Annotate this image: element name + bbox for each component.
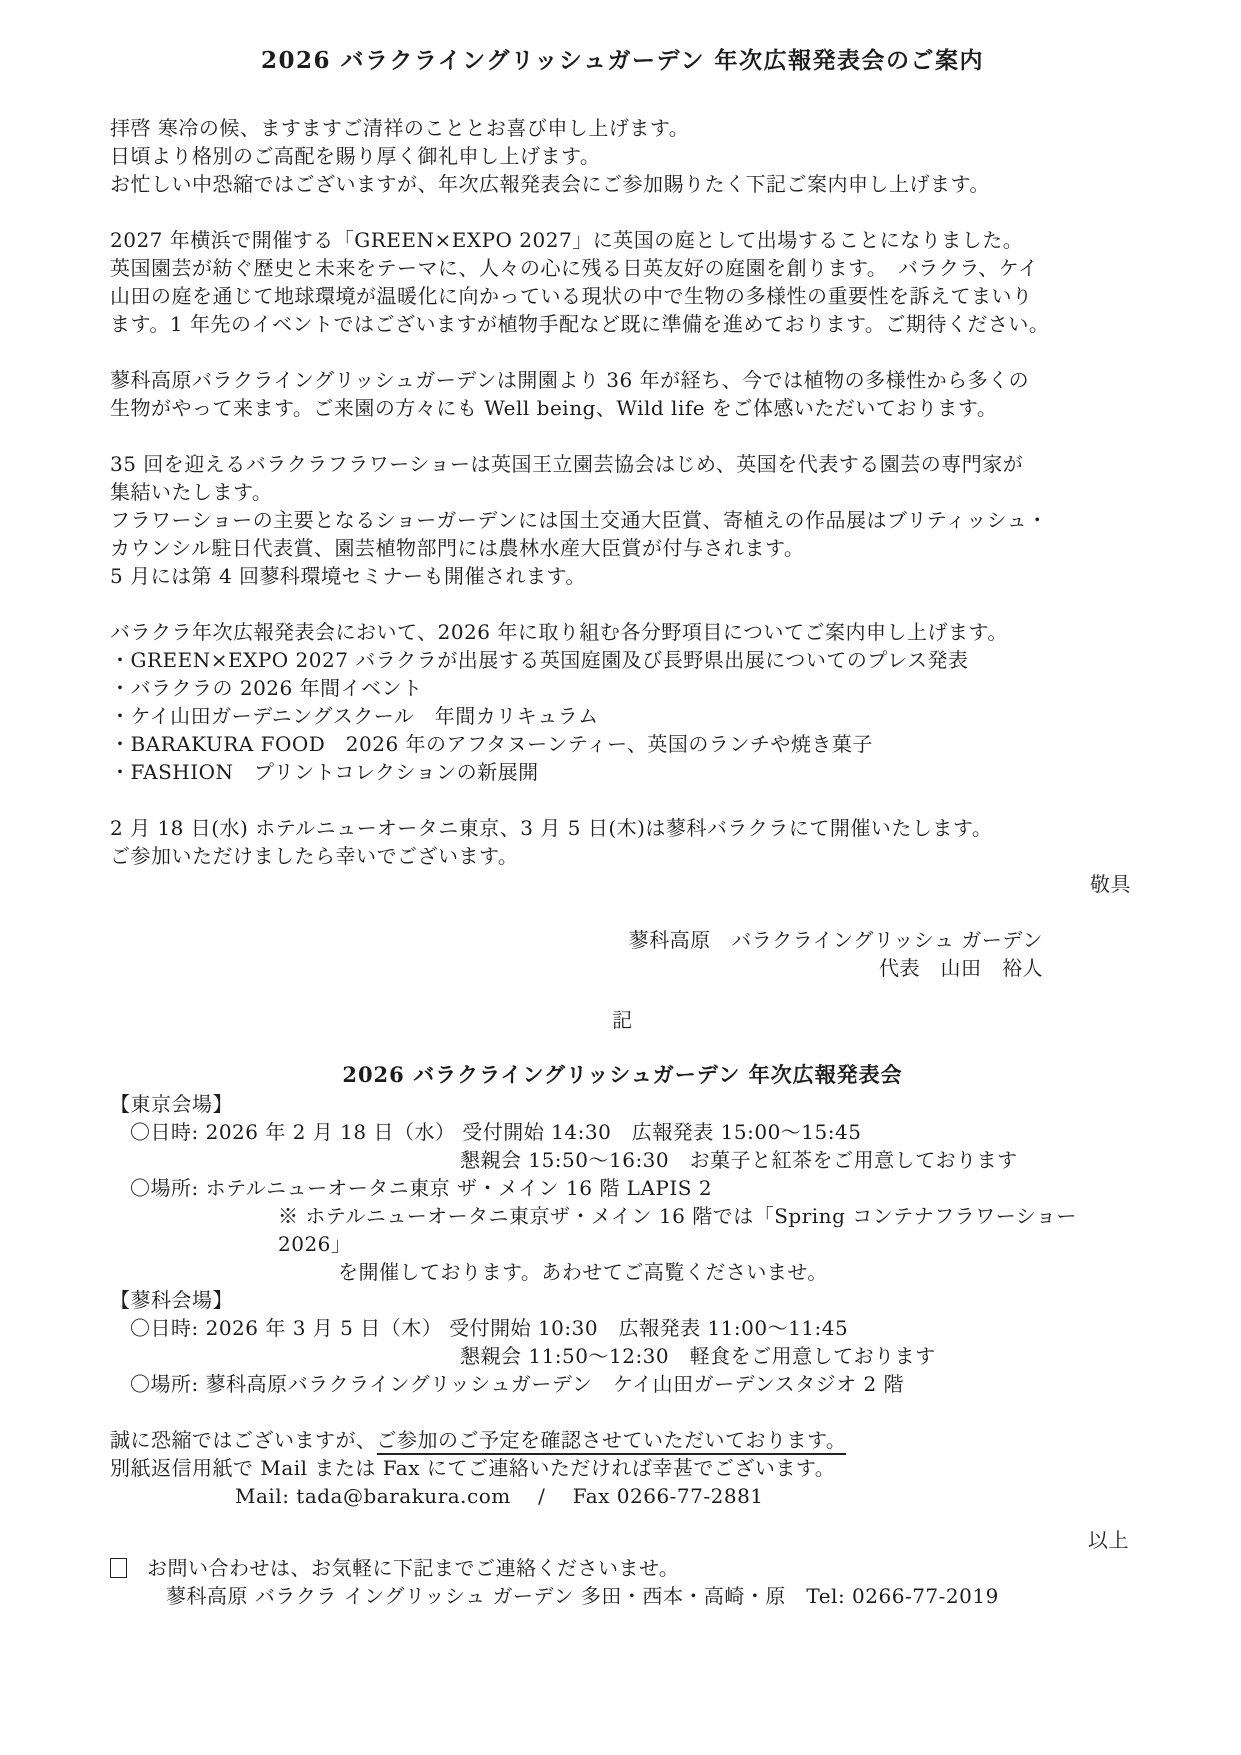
checkbox-icon xyxy=(110,1558,127,1578)
body-line: 35 回を迎えるバラクラフラワーショーは英国王立園芸協会はじめ、英国を代表する園… xyxy=(110,450,1135,478)
closing-keigu: 敬具 xyxy=(110,870,1135,898)
body-line: 集結いたします。 xyxy=(110,478,1135,506)
greeting-line: 日頃より格別のご高配を賜り厚く御礼申し上げます。 xyxy=(110,142,1135,170)
rsvp-underlined-text: ご参加のご予定を確認させていただいております。 xyxy=(377,1428,847,1455)
body-line: バラクラ年次広報発表会において、2026 年に取り組む各分野項目についてご案内申… xyxy=(110,618,1135,646)
tokyo-note-line: ※ ホテルニューオータニ東京ザ・メイン 16 階では「Spring コンテナフラ… xyxy=(110,1202,1135,1258)
inquiry-text: お問い合わせは、お気軽に下記までご連絡くださいませ。 xyxy=(147,1554,679,1582)
body-line: カウンシル駐日代表賞、園芸植物部門には農林水産大臣賞が付与されます。 xyxy=(110,534,1135,562)
rsvp-prefix: 誠に恐縮ではございますが、 xyxy=(110,1428,377,1452)
rsvp-paragraph: 誠に恐縮ではございますが、ご参加のご予定を確認させていただいております。 別紙返… xyxy=(110,1426,1135,1510)
expo-paragraph: 2027 年横浜で開催する「GREEN×EXPO 2027」に英国の庭として出場… xyxy=(110,226,1135,338)
letter-page: 2026 バラクライングリッシュガーデン 年次広報発表会のご案内 拝啓 寒冷の候… xyxy=(0,0,1241,1755)
greeting-line: お忙しい中恐縮ではございますが、年次広報発表会にご参加賜りたく下記ご案内申し上げ… xyxy=(110,170,1135,198)
signature-representative: 代表 山田 裕人 xyxy=(110,954,1043,982)
document-title: 2026 バラクライングリッシュガーデン 年次広報発表会のご案内 xyxy=(110,46,1135,76)
signature-block: 蓼科高原 バラクライングリッシュ ガーデン 代表 山田 裕人 xyxy=(110,926,1135,982)
rsvp-request-line: 誠に恐縮ではございますが、ご参加のご予定を確認させていただいております。 xyxy=(110,1426,1135,1454)
rsvp-method-line: 別紙返信用紙で Mail または Fax にてご連絡いただければ幸甚でございます… xyxy=(110,1454,1135,1482)
ki-marker: 記 xyxy=(110,1006,1135,1034)
dates-paragraph: 2 月 18 日(水) ホテルニューオータニ東京、3 月 5 日(木)は蓼科バラ… xyxy=(110,814,1135,870)
signature-organization: 蓼科高原 バラクライングリッシュ ガーデン xyxy=(110,926,1043,954)
body-line: ご参加いただけましたら幸いでございます。 xyxy=(110,842,1135,870)
tokyo-note-line: を開催しております。あわせてご高覧くださいませ。 xyxy=(110,1258,1135,1286)
bullet-item: ・GREEN×EXPO 2027 バラクラが出展する英国庭園及び長野県出展につい… xyxy=(110,646,1135,674)
bullet-item: ・FASHION プリントコレクションの新展開 xyxy=(110,758,1135,786)
body-line: 蓼科高原バラクライングリッシュガーデンは開園より 36 年が経ち、今では植物の多… xyxy=(110,366,1135,394)
tateshina-party: 懇親会 11:50〜12:30 軽食をご用意しております xyxy=(110,1342,1135,1370)
body-line: 山田の庭を通じて地球環境が温暖化に向かっている現状の中で生物の多様性の重要性を訴… xyxy=(110,282,1135,310)
tateshina-venue-header: 【蓼科会場】 xyxy=(110,1286,1135,1314)
rsvp-contact-line: Mail: tada@barakura.com / Fax 0266-77-28… xyxy=(110,1482,1135,1510)
inquiry-line: お問い合わせは、お気軽に下記までご連絡くださいませ。 xyxy=(110,1554,1135,1582)
greeting-paragraph: 拝啓 寒冷の候、ますますご清祥のこととお喜び申し上げます。 日頃より格別のご高配… xyxy=(110,114,1135,198)
body-line: ます。1 年先のイベントではございますが植物手配など既に準備を進めております。ご… xyxy=(110,310,1135,338)
tateshina-datetime: 〇日時: 2026 年 3 月 5 日（木） 受付開始 10:30 広報発表 1… xyxy=(110,1314,1135,1342)
tokyo-venue-header: 【東京会場】 xyxy=(110,1090,1135,1118)
body-line: 英国園芸が紡ぐ歴史と未来をテーマに、人々の心に残る日英友好の庭園を創ります。 バ… xyxy=(110,254,1135,282)
body-line: 2027 年横浜で開催する「GREEN×EXPO 2027」に英国の庭として出場… xyxy=(110,226,1135,254)
bullet-item: ・BARAKURA FOOD 2026 年のアフタヌーンティー、英国のランチや焼… xyxy=(110,730,1135,758)
bullet-item: ・ケイ山田ガーデニングスクール 年間カリキュラム xyxy=(110,702,1135,730)
announcement-paragraph: バラクラ年次広報発表会において、2026 年に取り組む各分野項目についてご案内申… xyxy=(110,618,1135,786)
inquiry-contact-line: 蓼科高原 バラクラ イングリッシュ ガーデン 多田・西本・高崎・原 Tel: 0… xyxy=(110,1582,1135,1610)
greeting-line: 拝啓 寒冷の候、ますますご清祥のこととお喜び申し上げます。 xyxy=(110,114,1135,142)
tateshina-place: 〇場所: 蓼科高原バラクライングリッシュガーデン ケイ山田ガーデンスタジオ 2 … xyxy=(110,1370,1135,1398)
venue-details: 【東京会場】 〇日時: 2026 年 2 月 18 日（水） 受付開始 14:3… xyxy=(110,1090,1135,1398)
tokyo-place: 〇場所: ホテルニューオータニ東京 ザ・メイン 16 階 LAPIS 2 xyxy=(110,1174,1135,1202)
event-title: 2026 バラクライングリッシュガーデン 年次広報発表会 xyxy=(110,1060,1135,1090)
tokyo-party: 懇親会 15:50〜16:30 お菓子と紅茶をご用意しております xyxy=(110,1146,1135,1174)
ijou-marker: 以上 xyxy=(110,1526,1135,1554)
bullet-item: ・バラクラの 2026 年間イベント xyxy=(110,674,1135,702)
body-line: 2 月 18 日(水) ホテルニューオータニ東京、3 月 5 日(木)は蓼科バラ… xyxy=(110,814,1135,842)
body-line: 生物がやって来ます。ご来園の方々にも Well being、Wild life … xyxy=(110,394,1135,422)
body-line: 5 月には第 4 回蓼科環境セミナーも開催されます。 xyxy=(110,562,1135,590)
flower-show-paragraph: 35 回を迎えるバラクラフラワーショーは英国王立園芸協会はじめ、英国を代表する園… xyxy=(110,450,1135,590)
tokyo-datetime: 〇日時: 2026 年 2 月 18 日（水） 受付開始 14:30 広報発表 … xyxy=(110,1118,1135,1146)
garden-paragraph: 蓼科高原バラクライングリッシュガーデンは開園より 36 年が経ち、今では植物の多… xyxy=(110,366,1135,422)
body-line: フラワーショーの主要となるショーガーデンには国土交通大臣賞、寄植えの作品展はブリ… xyxy=(110,506,1135,534)
